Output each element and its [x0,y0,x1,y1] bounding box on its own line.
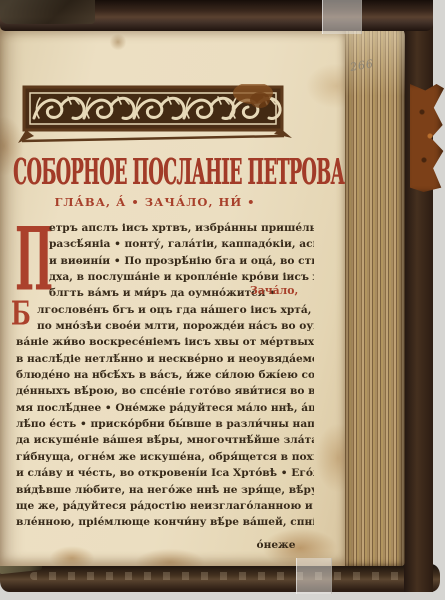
manuscript-line: да искуше́ніе ва́шея вѣ́ры, многочтнѣ́йш… [16,432,314,448]
manuscript-line: лгослове́нъ бгъ и оцъ гда на́шего іисъ х… [16,302,314,318]
manuscript-line: разсѣ́яніа • понту́, гала́тіи, каппадо́к… [16,236,314,252]
catchword: о́неже [240,539,312,551]
woodcut-headpiece-icon [16,84,294,148]
manuscript-line: блюде́но на нбсѣ́хъ в ва́съ, и́же си́лою… [16,367,314,383]
top-cover-worn-patch [0,0,95,24]
page-fore-edge [343,26,405,566]
manuscript-line: в наслѣ́діе нетлѣ́нно и нескве́рно и нео… [16,351,314,367]
manuscript-line: мя послѣ́днее • Оне́мже ра́дуйтеся ма́ло… [16,400,314,416]
manuscript-line: и сла́ву и че́сть, во откровені́и Іса Хр… [16,465,314,481]
manuscript-line: ви́дѣвше лю́бите, на него́же ннѣ не зря́… [16,482,314,498]
manuscript-line: по мно́зѣи свое́и млти, порожде́и на́съ … [16,318,314,334]
manuscript-line: вле́нною, пріе́млюще кончи́ну вѣ́ре ва́ш… [16,514,314,530]
book-photograph: 266 СОБОРНОЕ [0,0,445,600]
manuscript-line: и виѳині́и • По прозрѣ́нію бга и оца́, в… [16,253,314,269]
bottom-cover-sheen [30,572,420,580]
manuscript-line: етръ апслъ іисъ хртвъ, избра́нны прише́л… [16,220,314,236]
manuscript-line: дха, в послуша́ніе и кропле́ніе кро́ви і… [16,269,314,285]
manuscript-line: ще же, ра́дуйтеся ра́достію неизглаго́ла… [16,498,314,514]
tape-strip-top [322,0,362,34]
manuscript-page: 266 СОБОРНОЕ [0,26,345,566]
zachalo-rubric: Зача́ло, [250,284,298,297]
manuscript-line: ва́ніе жи́во воскресе́ніемъ іисъ хвы от … [16,334,314,350]
tape-strip-bottom [296,558,332,594]
manuscript-line: де́нныхъ вѣ́рою, во спсе́ніе гото́во яви… [16,383,314,399]
manuscript-line: ги́бнуща, огне́м же искуше́на, обря́щетс… [16,449,314,465]
epistle-title-vyaz: СОБОРНОЕ ПОСЛАНІЕ ПЕТРОВА [13,153,293,194]
chapter-heading: ГЛА́ВА, А́ • ЗАЧА́ЛО, НИ́ • [30,195,280,209]
manuscript-line: лѣ́по е́сть • приско́рбни бы́вше в разли… [16,416,314,432]
manuscript-text-block: етръ апслъ іисъ хртвъ, избра́нны прише́л… [16,220,314,532]
clasp-rust-spots [416,100,436,180]
